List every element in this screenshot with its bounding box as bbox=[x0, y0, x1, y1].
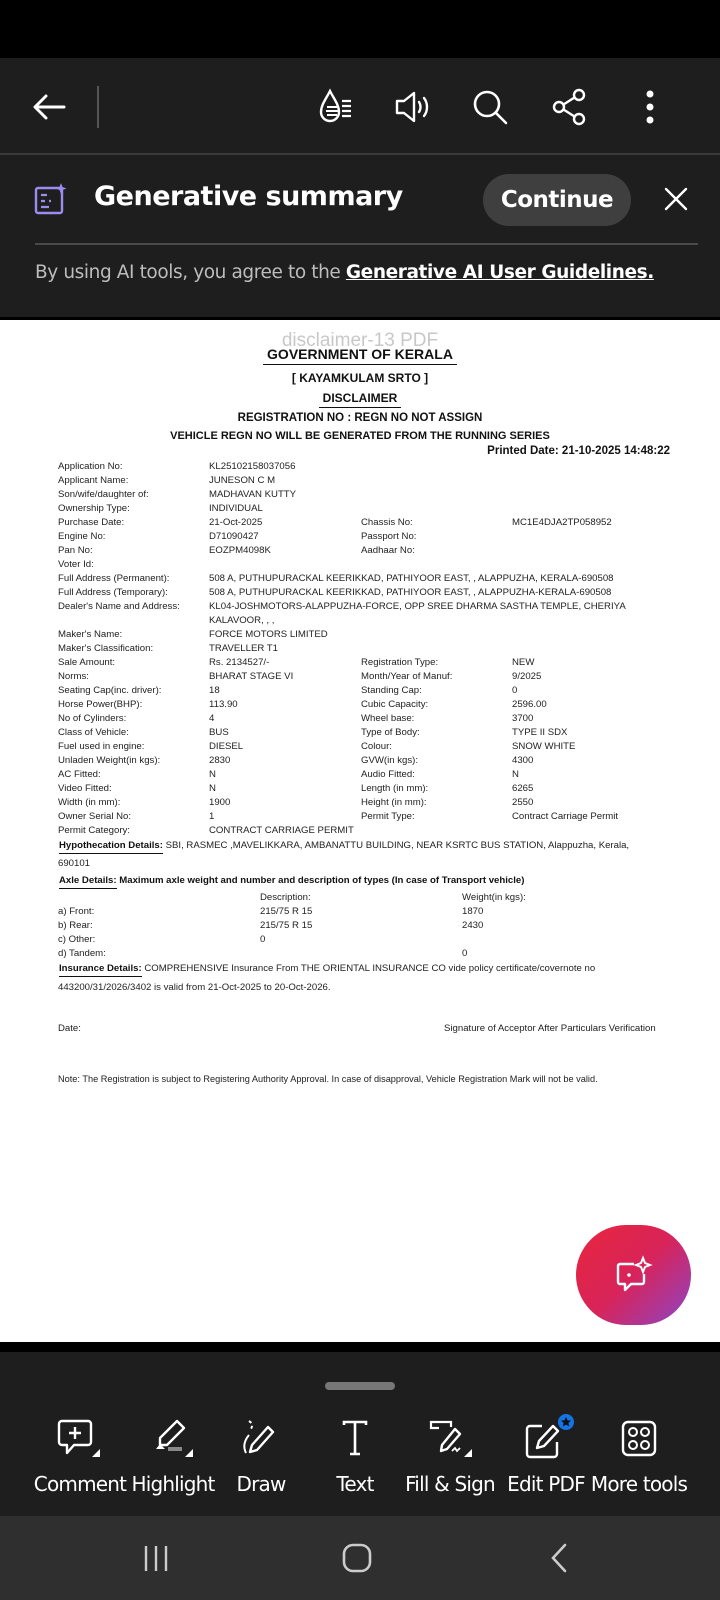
field-label: Audio Fitted: bbox=[361, 769, 415, 780]
field-label: Dealer's Name and Address: bbox=[58, 601, 180, 612]
field-value: JUNESON C M bbox=[209, 475, 275, 486]
field-value: 9/2025 bbox=[512, 671, 541, 682]
field-value: D71090427 bbox=[209, 531, 259, 542]
top-toolbar bbox=[0, 58, 720, 155]
date-label: Date: bbox=[58, 1023, 81, 1034]
printed-date: Printed Date: 21-10-2025 14:48:22 bbox=[487, 445, 670, 457]
field-value: N bbox=[512, 769, 519, 780]
axle-label: Axle Details: bbox=[59, 875, 117, 889]
draw-pencil-icon bbox=[215, 1414, 307, 1464]
axle-label: b) Rear: bbox=[58, 920, 93, 931]
doc-type-heading: DISCLAIMER bbox=[0, 391, 720, 408]
field-value: N bbox=[209, 769, 216, 780]
field-value: 3700 bbox=[512, 713, 533, 724]
axle-desc: 0 bbox=[260, 934, 265, 945]
axle-weight: 2430 bbox=[462, 920, 483, 931]
registration-note: Note: The Registration is subject to Reg… bbox=[58, 1074, 598, 1084]
tool-draw[interactable]: Draw bbox=[215, 1414, 307, 1504]
ai-guidelines-link[interactable]: Generative AI User Guidelines. bbox=[346, 262, 654, 283]
field-label: Sale Amount: bbox=[58, 657, 115, 668]
system-nav-bar bbox=[0, 1516, 720, 1600]
field-value: CONTRACT CARRIAGE PERMIT bbox=[209, 825, 354, 836]
field-value: 1900 bbox=[209, 797, 230, 808]
field-value: 21-Oct-2025 bbox=[209, 517, 262, 528]
field-value: Rs. 2134527/- bbox=[209, 657, 269, 668]
field-value: BHARAT STAGE VI bbox=[209, 671, 293, 682]
field-value: TYPE II SDX bbox=[512, 727, 567, 738]
field-label: Permit Category: bbox=[58, 825, 130, 836]
drag-handle[interactable] bbox=[325, 1382, 395, 1390]
field-value: 0 bbox=[512, 685, 517, 696]
signature-label: Signature of Acceptor After Particulars … bbox=[444, 1023, 656, 1034]
doc-type-text: DISCLAIMER bbox=[319, 391, 402, 408]
field-label: GVW(in kgs): bbox=[361, 755, 418, 766]
field-label: Class of Vehicle: bbox=[58, 727, 129, 738]
field-value: 6265 bbox=[512, 783, 533, 794]
field-value: 113.90 bbox=[209, 699, 238, 710]
tool-text[interactable]: Text bbox=[309, 1414, 401, 1504]
text-icon bbox=[309, 1414, 401, 1464]
field-label: Norms: bbox=[58, 671, 89, 682]
generative-summary-icon bbox=[34, 182, 68, 216]
field-label: Seating Cap(inc. driver): bbox=[58, 685, 161, 696]
field-value: MC1E4DJA2TP058952 bbox=[512, 517, 612, 528]
share-icon[interactable] bbox=[547, 85, 591, 129]
ai-disclaimer-text: By using AI tools, you agree to the Gene… bbox=[35, 262, 654, 283]
field-label: AC Fitted: bbox=[58, 769, 101, 780]
field-value: MADHAVAN KUTTY bbox=[209, 489, 296, 500]
field-value: KL04-JOSHMOTORS-ALAPPUZHA-FORCE, OPP SRE… bbox=[209, 601, 626, 612]
read-aloud-icon[interactable] bbox=[391, 85, 435, 129]
field-label: Owner Serial No: bbox=[58, 811, 131, 822]
field-value: DIESEL bbox=[209, 741, 243, 752]
field-label: Pan No: bbox=[58, 545, 93, 556]
hypothecation-label: Hypothecation Details: bbox=[59, 840, 163, 854]
field-value: 508 A, PUTHUPURACKAL KEERIKKAD, PATHIYOO… bbox=[209, 573, 614, 584]
field-label: Ownership Type: bbox=[58, 503, 130, 514]
more-tools-grid-icon bbox=[593, 1414, 685, 1464]
tool-fill-sign[interactable]: Fill & Sign bbox=[404, 1414, 496, 1504]
edit-pdf-icon bbox=[500, 1414, 592, 1464]
field-label: Full Address (Temporary): bbox=[58, 587, 168, 598]
hypothecation-pin: 690101 bbox=[58, 858, 90, 869]
tool-label: More tools bbox=[583, 1472, 695, 1496]
registration-no: REGISTRATION NO : REGN NO NOT ASSIGN bbox=[0, 412, 720, 424]
axle-label: d) Tandem: bbox=[58, 948, 106, 959]
government-text: GOVERNMENT OF KERALA bbox=[263, 346, 457, 365]
field-value: KL25102158037056 bbox=[209, 461, 295, 472]
field-value: Contract Carriage Permit bbox=[512, 811, 618, 822]
field-value: TRAVELLER T1 bbox=[209, 643, 278, 654]
field-label: Type of Body: bbox=[361, 727, 420, 738]
tool-more-tools[interactable]: More tools bbox=[593, 1414, 685, 1504]
banner-title-row: Generative summary Continue bbox=[0, 155, 720, 243]
insurance-details: Insurance Details: COMPREHENSIVE Insuran… bbox=[59, 963, 595, 977]
field-label: Voter Id: bbox=[58, 559, 94, 570]
field-label: Height (in mm): bbox=[361, 797, 427, 808]
field-value: 4300 bbox=[512, 755, 533, 766]
field-value: 1 bbox=[209, 811, 214, 822]
axle-weight: 1870 bbox=[462, 906, 483, 917]
field-label: Month/Year of Manuf: bbox=[361, 671, 452, 682]
insurance-text: COMPREHENSIVE Insurance From THE ORIENTA… bbox=[142, 963, 596, 974]
field-value: 18 bbox=[209, 685, 220, 696]
field-value: 2550 bbox=[512, 797, 533, 808]
axle-header-description: Description: bbox=[260, 892, 311, 903]
hypothecation-text: SBI, RASMEC ,MAVELIKKARA, AMBANATTU BUIL… bbox=[163, 840, 629, 851]
arrow-left-icon[interactable] bbox=[27, 85, 71, 129]
liquid-mode-icon[interactable] bbox=[313, 85, 357, 129]
axle-label: c) Other: bbox=[58, 934, 95, 945]
insurance-label: Insurance Details: bbox=[59, 963, 142, 977]
field-value: 4 bbox=[209, 713, 214, 724]
field-label: No of Cylinders: bbox=[58, 713, 126, 724]
field-label: Horse Power(BHP): bbox=[58, 699, 142, 710]
field-value: FORCE MOTORS LIMITED bbox=[209, 629, 328, 640]
field-label: Passport No: bbox=[361, 531, 416, 542]
field-value: BUS bbox=[209, 727, 229, 738]
field-value: EOZPM4098K bbox=[209, 545, 271, 556]
banner-divider bbox=[35, 243, 698, 245]
field-value: 2830 bbox=[209, 755, 230, 766]
field-label: Video Fitted: bbox=[58, 783, 112, 794]
field-label: Maker's Classification: bbox=[58, 643, 153, 654]
series-note: VEHICLE REGN NO WILL BE GENERATED FROM T… bbox=[0, 430, 720, 442]
doc-office-heading: [ KAYAMKULAM SRTO ] bbox=[0, 371, 720, 385]
field-label: Colour: bbox=[361, 741, 392, 752]
pdf-page[interactable]: disclaimer-13 PDF GOVERNMENT OF KERALA [… bbox=[0, 320, 720, 1342]
axle-weight: 0 bbox=[462, 948, 467, 959]
field-label: Purchase Date: bbox=[58, 517, 124, 528]
axle-label: a) Front: bbox=[58, 906, 94, 917]
field-label: Wheel base: bbox=[361, 713, 414, 724]
field-value: INDIVIDUAL bbox=[209, 503, 263, 514]
axle-header-weight: Weight(in kgs): bbox=[462, 892, 526, 903]
toolbar-divider bbox=[97, 86, 99, 128]
field-label: Engine No: bbox=[58, 531, 105, 542]
ai-assistant-button[interactable] bbox=[576, 1225, 691, 1325]
tool-edit-pdf[interactable]: Edit PDF bbox=[500, 1414, 592, 1504]
home-icon[interactable] bbox=[327, 1536, 387, 1580]
field-label: Permit Type: bbox=[361, 811, 415, 822]
highlighter-icon bbox=[127, 1414, 219, 1464]
field-value: 508 A, PUTHUPURACKAL KEERIKKAD, PATHIYOO… bbox=[209, 587, 611, 598]
field-value: NEW bbox=[512, 657, 534, 668]
axle-text: Maximum axle weight and number and descr… bbox=[117, 875, 525, 886]
field-label: Chassis No: bbox=[361, 517, 413, 528]
axle-desc: 215/75 R 15 bbox=[260, 920, 312, 931]
disclaimer-prefix: By using AI tools, you agree to the bbox=[35, 262, 346, 283]
back-icon[interactable] bbox=[530, 1536, 590, 1580]
continue-button[interactable]: Continue bbox=[483, 174, 631, 226]
field-label: Application No: bbox=[58, 461, 123, 472]
generative-summary-banner: Generative summary Continue By using AI … bbox=[0, 155, 720, 317]
field-label: Width (in mm): bbox=[58, 797, 120, 808]
field-label: Unladen Weight(in kgs): bbox=[58, 755, 160, 766]
field-value: 2596.00 bbox=[512, 699, 547, 710]
field-value: N bbox=[209, 783, 216, 794]
search-icon[interactable] bbox=[468, 85, 512, 129]
field-label: Aadhaar No: bbox=[361, 545, 415, 556]
field-label: Cubic Capacity: bbox=[361, 699, 428, 710]
field-label: Fuel used in engine: bbox=[58, 741, 144, 752]
status-bar bbox=[0, 0, 720, 58]
field-value: SNOW WHITE bbox=[512, 741, 575, 752]
bottom-tools-panel: Comment Highlight Draw Text Fill & Sign … bbox=[0, 1352, 720, 1516]
comment-add-icon bbox=[34, 1414, 126, 1464]
field-value: KALAVOOR, , , bbox=[209, 615, 274, 626]
hypothecation-details: Hypothecation Details: SBI, RASMEC ,MAVE… bbox=[59, 840, 629, 854]
field-label: Registration Type: bbox=[361, 657, 438, 668]
field-label: Maker's Name: bbox=[58, 629, 122, 640]
recent-apps-icon[interactable] bbox=[126, 1536, 186, 1580]
doc-government-heading: GOVERNMENT OF KERALA bbox=[0, 346, 720, 365]
fill-sign-icon bbox=[404, 1414, 496, 1464]
axle-desc: 215/75 R 15 bbox=[260, 906, 312, 917]
field-label: Son/wife/daughter of: bbox=[58, 489, 149, 500]
insurance-validity: 443200/31/2026/3402 is valid from 21-Oct… bbox=[58, 982, 331, 993]
close-icon[interactable] bbox=[656, 177, 696, 221]
field-label: Standing Cap: bbox=[361, 685, 422, 696]
ai-assistant-icon bbox=[614, 1255, 654, 1295]
field-label: Applicant Name: bbox=[58, 475, 128, 486]
tool-comment[interactable]: Comment bbox=[34, 1414, 126, 1504]
axle-details: Axle Details: Maximum axle weight and nu… bbox=[59, 875, 524, 889]
banner-title: Generative summary bbox=[94, 181, 403, 212]
more-vertical-icon[interactable] bbox=[628, 85, 672, 129]
field-label: Full Address (Permanent): bbox=[58, 573, 169, 584]
field-label: Length (in mm): bbox=[361, 783, 428, 794]
